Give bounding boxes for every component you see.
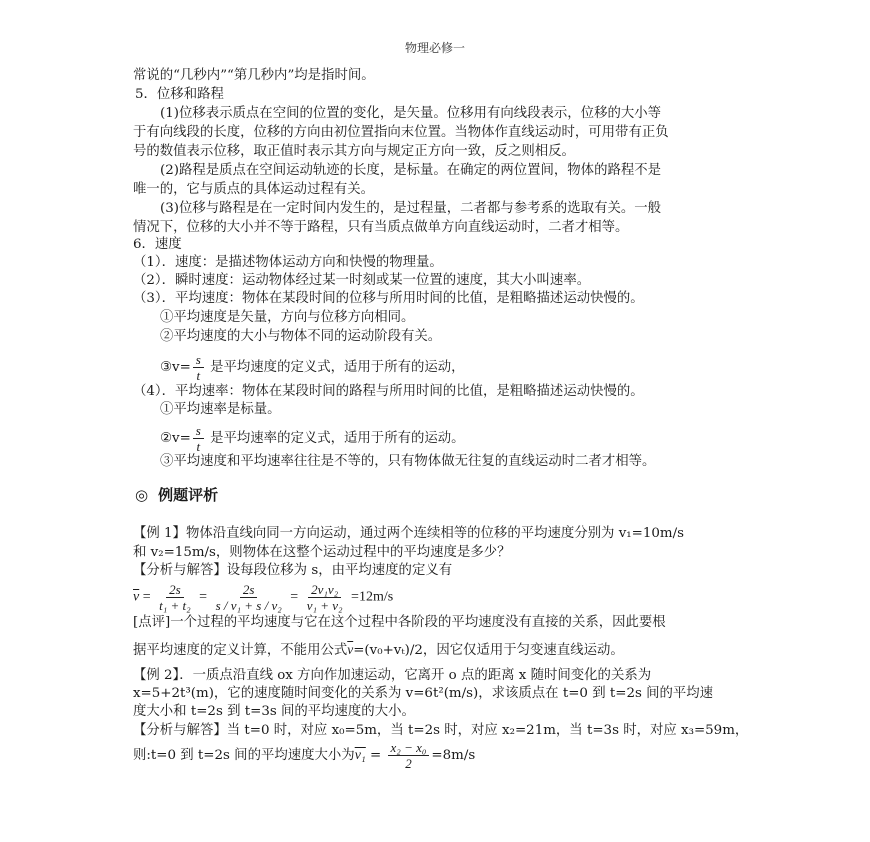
- numerator: 2s: [166, 582, 184, 598]
- denominator: s / v₁ + s / v₂: [213, 598, 285, 613]
- denominator: t: [194, 368, 204, 383]
- text-line: (3)位移与路程是在一定时间内发生的，是过程量，二者都与参考系的选取有关。一般: [160, 200, 661, 218]
- formula-prefix: ③v=: [160, 360, 191, 375]
- numerator: 2s: [240, 582, 258, 598]
- heading-velocity: 6．速度: [133, 236, 182, 254]
- example2-question: 【例 2】．一质点沿直线 ox 方向作加速运动，它离开 o 点的距离 x 随时间…: [133, 667, 651, 685]
- example1-formula: v = 2st₁ + t₂ = 2ss / v₁ + s / v₂ = 2v₁v…: [133, 582, 393, 613]
- text-line: ②平均速度的大小与物体不同的运动阶段有关。: [160, 328, 441, 346]
- comment-text: =(v₀+vₜ)/2，因它仅适用于匀变速直线运动。: [353, 643, 624, 658]
- fraction: st: [193, 352, 204, 383]
- text-line: （1）．速度：是描述物体运动方向和快慢的物理量。: [133, 254, 443, 272]
- text-line: ③平均速度和平均速率往往是不等的，只有物体做无往复的直线运动时二者才相等。: [160, 453, 655, 471]
- page-header: 物理必修一: [0, 39, 870, 56]
- text-line: (1)位移表示质点在空间的位置的变化，是矢量。位移用有向线段表示，位移的大小等: [160, 105, 661, 123]
- formula-text: 是平均速度的定义式，适用于所有的运动，: [210, 360, 464, 375]
- formula-result: =12m/s: [351, 590, 393, 605]
- numerator: 2v₁v₂: [308, 582, 341, 598]
- text-line: 唯一的，它与质点的具体运动过程有关。: [133, 181, 374, 199]
- numerator: s: [193, 352, 204, 368]
- example2-question: x=5+2t³(m)，它的速度随时间变化的关系为 v=6t²(m/s)，求该质点…: [133, 685, 713, 703]
- fraction: 2v₁v₂v₁ + v₂: [304, 582, 346, 613]
- formula-line: ②v=st 是平均速率的定义式，适用于所有的运动。: [160, 423, 465, 454]
- document-page: 物理必修一 常说的“几秒内”“第几秒内”均是指时间。 5．位移和路程 (1)位移…: [0, 0, 870, 842]
- numerator: x₂ − x₀: [388, 740, 430, 756]
- v-bar: v: [133, 590, 139, 605]
- formula-text: 是平均速率的定义式，适用于所有的运动。: [210, 431, 464, 446]
- fraction: x₂ − x₀2: [388, 740, 430, 771]
- denominator: t: [194, 439, 204, 454]
- text-line: ①平均速率是标量。: [160, 401, 281, 419]
- denominator: v₁ + v₂: [304, 598, 346, 613]
- v1-bar: v₁: [355, 748, 366, 763]
- example1-question: 【例 1】物体沿直线向同一方向运动，通过两个连续相等的位移的平均速度分别为 v₁…: [133, 525, 684, 543]
- text-line: 号的数值表示位移，取正值时表示其方向与规定正方向一致，反之则相反。: [133, 143, 575, 161]
- double-circle-icon: ◎: [135, 486, 148, 504]
- example2-answer: 【分析与解答】当 t=0 时，对应 x₀=5m，当 t=2s 时，对应 x₂=2…: [133, 722, 748, 740]
- text-line: 常说的“几秒内”“第几秒内”均是指时间。: [133, 67, 375, 85]
- text-line: （4）．平均速率：物体在某段时间的路程与所用时间的比值，是粗略描述运动快慢的。: [133, 383, 644, 401]
- fraction: st: [193, 423, 204, 454]
- text-line: 于有向线段的长度，位移的方向由初位置指向末位置。当物体作直线运动时，可用带有正负: [133, 124, 669, 142]
- heading-displacement: 5．位移和路程: [135, 86, 224, 104]
- formula-line: ③v=st 是平均速度的定义式，适用于所有的运动，: [160, 352, 465, 383]
- answer-text: 则:t=0 到 t=2s 间的平均速度大小为: [133, 748, 355, 763]
- denominator: t₁ + t₂: [156, 598, 194, 613]
- formula-result: =8m/s: [431, 748, 475, 763]
- denominator: 2: [402, 756, 415, 771]
- text-line: 情况下，位移的大小并不等于路程，只有当质点做单方向直线运动时，二者才相等。: [133, 219, 628, 237]
- text-line: ①平均速度是矢量，方向与位移方向相同。: [160, 309, 414, 327]
- example1-question: 和 v₂=15m/s，则物体在这整个运动过程中的平均速度是多少？: [133, 544, 511, 562]
- example1-answer: 【分析与解答】设每段位移为 s，由平均速度的定义有: [133, 562, 452, 580]
- fraction: 2ss / v₁ + s / v₂: [213, 582, 285, 613]
- example1-comment: [点评]一个过程的平均速度与它在这个过程中各阶段的平均速度没有直接的关系，因此要…: [133, 614, 666, 632]
- numerator: s: [193, 423, 204, 439]
- example1-comment: 据平均速度的定义计算，不能用公式v=(v₀+vₜ)/2，因它仅适用于匀变速直线运…: [133, 641, 624, 660]
- text-line: （2）．瞬时速度：运动物体经过某一时刻或某一位置的速度，其大小叫速率。: [133, 272, 590, 290]
- fraction: 2st₁ + t₂: [156, 582, 194, 613]
- text-line: (2)路程是质点在空间运动轨迹的长度，是标量。在确定的两位置间，物体的路程不是: [160, 162, 661, 180]
- comment-text: 据平均速度的定义计算，不能用公式: [133, 643, 347, 658]
- formula-prefix: ②v=: [160, 431, 191, 446]
- example2-answer: 则:t=0 到 t=2s 间的平均速度大小为v₁ = x₂ − x₀2=8m/s: [133, 740, 475, 771]
- example2-question: 度大小和 t=2s 到 t=3s 间的平均速度的大小。: [133, 703, 415, 721]
- text-line: （3）．平均速度：物体在某段时间的位移与所用时间的比值，是粗略描述运动快慢的。: [133, 290, 644, 308]
- section-title: ◎例题评析: [135, 484, 218, 505]
- section-title-text: 例题评析: [158, 486, 218, 504]
